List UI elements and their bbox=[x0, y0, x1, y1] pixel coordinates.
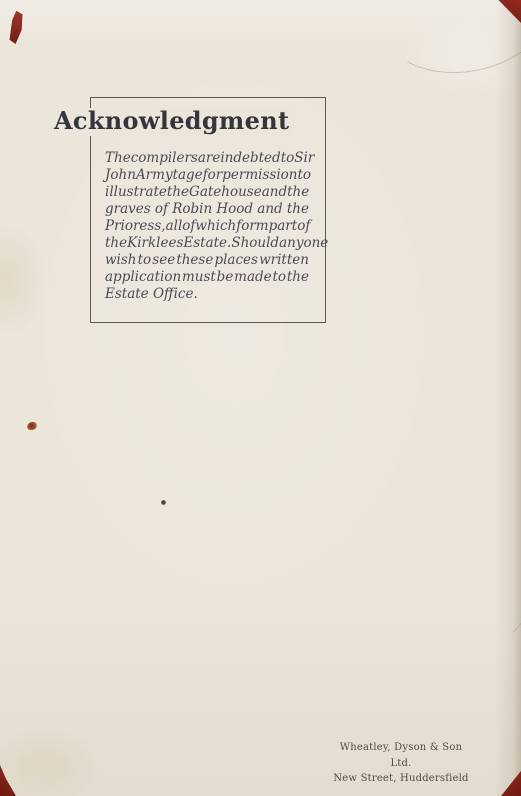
body-line: Prioress,allofwhichformpartof bbox=[105, 218, 309, 235]
body-line: JohnArmytageforpermissionto bbox=[105, 167, 309, 184]
body-line: gravesofRobinHoodandthe bbox=[105, 201, 309, 218]
acknowledgment-text: ThecompilersareindebtedtoSir JohnArmytag… bbox=[105, 150, 309, 303]
body-line: theKirkleesEstate.Shouldanyone bbox=[105, 235, 309, 252]
body-line: applicationmustbemadetothe bbox=[105, 269, 309, 286]
printer-name: Wheatley, Dyson & Son Ltd. bbox=[330, 740, 472, 771]
rust-spot bbox=[26, 421, 38, 431]
acknowledgment-heading: Acknowledgment bbox=[54, 108, 295, 136]
paper-crease-right bbox=[453, 540, 521, 646]
printer-credit: Wheatley, Dyson & Son Ltd. New Street, H… bbox=[330, 740, 472, 787]
body-line: ThecompilersareindebtedtoSir bbox=[105, 150, 309, 167]
paper-crease-top-right bbox=[370, 0, 521, 86]
body-line: wishtoseetheseplaceswritten bbox=[105, 252, 309, 269]
cover-tear-mark-top-left bbox=[8, 10, 24, 44]
body-line: illustratetheGatehouseandthe bbox=[105, 184, 309, 201]
printer-address: New Street, Huddersfield bbox=[330, 771, 472, 787]
cover-tear-mark-bottom-right bbox=[501, 771, 521, 796]
scanned-book-page: Acknowledgment Thecompilersareindebtedto… bbox=[0, 0, 521, 796]
ink-speck bbox=[161, 500, 166, 505]
cover-tear-mark-top-right bbox=[496, 0, 521, 27]
body-line-last: Estate Office. bbox=[105, 286, 309, 303]
cover-tear-mark-bottom-left bbox=[0, 765, 16, 796]
